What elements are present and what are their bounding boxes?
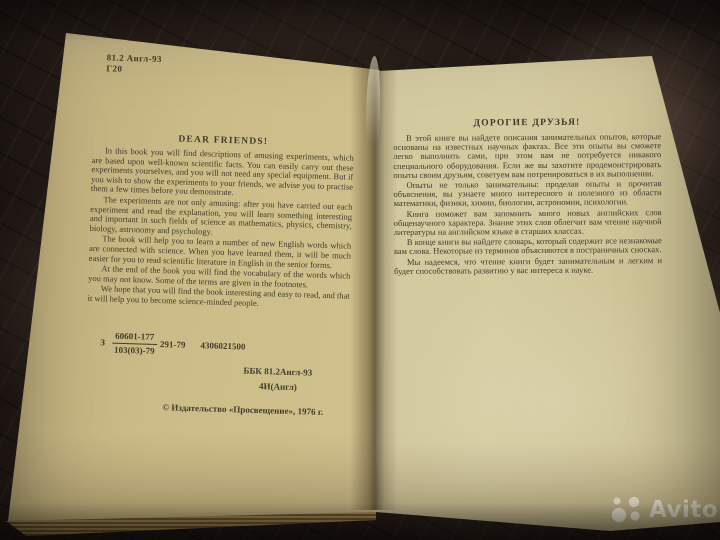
avito-wordmark: Avito xyxy=(649,497,718,523)
code-suffix: 291-79 xyxy=(160,339,186,350)
avito-watermark: Avito xyxy=(604,491,718,529)
paragraph-ru: Опыты не только занимательны: проделав о… xyxy=(393,179,661,208)
book-photo-scene: 81.2 Англ-93 Г20 DEAR FRIENDS! In this b… xyxy=(0,0,720,540)
udc-code: 4И(Англ) xyxy=(259,381,347,394)
left-page-content: 81.2 Англ-93 Г20 DEAR FRIENDS! In this b… xyxy=(84,48,357,417)
paragraph-en: In this book you will find descriptions … xyxy=(91,146,354,202)
print-order-code: З 60601-177 103(03)-79 291-79 4306021500 xyxy=(100,330,349,362)
preface-body-ru: В этой книге вы найдете описания занимат… xyxy=(393,132,662,276)
preface-body-en: In this book you will find descriptions … xyxy=(87,146,354,311)
code-fraction: 60601-177 103(03)-79 xyxy=(112,330,158,356)
code-letter: З xyxy=(100,337,105,347)
preface-heading-ru: ДОРОГИЕ ДРУЗЬЯ! xyxy=(393,117,661,129)
paragraph-ru: В этой книге вы найдете описания занимат… xyxy=(393,132,661,180)
fraction-denominator: 103(03)-79 xyxy=(112,343,157,356)
right-page-content: ДОРОГИЕ ДРУЗЬЯ! В этой книге вы найдете … xyxy=(393,117,662,277)
imprint-block: З 60601-177 103(03)-79 291-79 4306021500… xyxy=(84,329,348,417)
avito-logo-icon xyxy=(604,491,648,529)
bbk-code: ББК 81.2Англ-93 xyxy=(243,365,347,378)
paragraph-ru: Мы надеемся, что чтение книги будет зани… xyxy=(394,256,662,276)
standard-number: 4306021500 xyxy=(200,340,245,351)
fraction-numerator: 60601-177 xyxy=(112,330,157,344)
classification-codes: 81.2 Англ-93 Г20 xyxy=(106,52,357,81)
paragraph-ru: Книга поможет вам запомнить много новых … xyxy=(394,208,662,237)
paragraph-ru: В конце книги вы найдете словарь, которы… xyxy=(394,236,662,256)
